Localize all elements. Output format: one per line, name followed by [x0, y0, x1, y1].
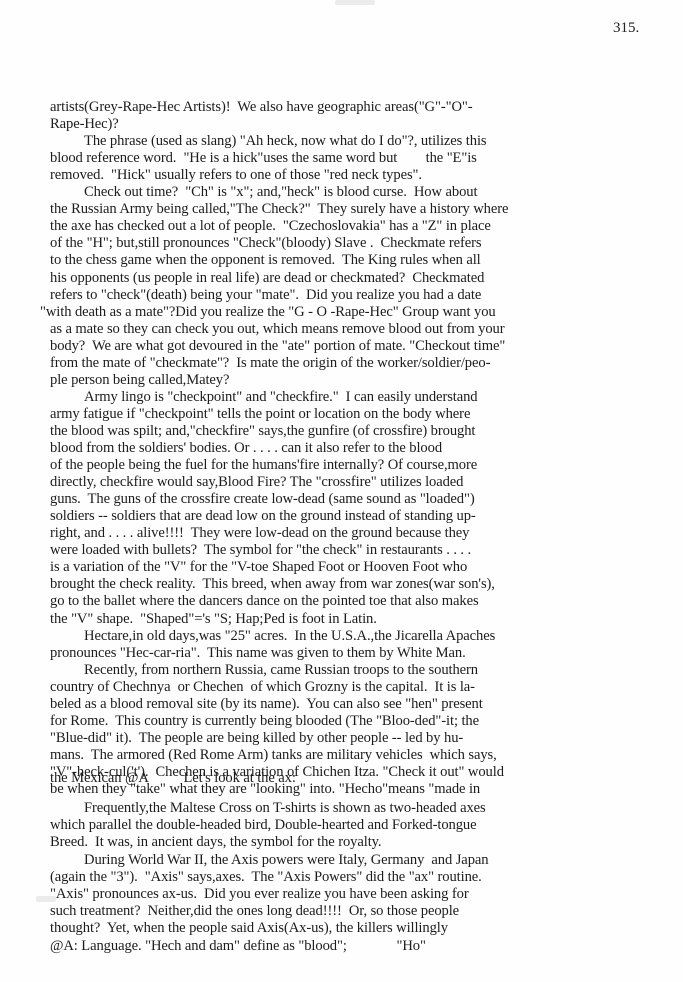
- text-line: @A: Language. "Hech and dam" define as "…: [50, 938, 426, 954]
- text-line: guns. The guns of the crossfire create l…: [50, 491, 475, 507]
- text-line: thought? Yet, when the people said Axis(…: [50, 920, 448, 936]
- text-line: (again the "3"). "Axis" says,axes. The "…: [50, 869, 482, 885]
- text-line: the Russian Army being called,"The Check…: [50, 201, 508, 217]
- text-line: the axe has checked out a lot of people.…: [50, 218, 491, 234]
- text-line: of the "H"; but,still pronounces "Check"…: [50, 235, 481, 251]
- text-line: country of Chechnya or Chechen of which …: [50, 679, 475, 695]
- text-line: directly, checkfire would say,Blood Fire…: [50, 474, 463, 490]
- text-line: During World War II, the Axis powers wer…: [84, 852, 488, 868]
- text-line: "Blue-did" it). The people are being kil…: [50, 730, 463, 746]
- page-number: 315.: [613, 20, 639, 37]
- text-line: blood from the soldiers' bodies. Or . . …: [50, 440, 442, 456]
- text-line: Breed. It was, in ancient days, the symb…: [50, 834, 381, 850]
- text-line: for Rome. This country is currently bein…: [50, 713, 479, 729]
- text-line: beled as a blood removal site (by its na…: [50, 696, 483, 712]
- text-line: the "V" shape. "Shaped"='s "S; Hap;Ped i…: [50, 611, 377, 627]
- text-line: Hectare,in old days,was "25" acres. In t…: [84, 628, 495, 644]
- text-line: body? We are what got devoured in the "a…: [50, 338, 505, 354]
- text-line: as a mate so they can check you out, whi…: [50, 321, 505, 337]
- text-line: artists(Grey-Rape-Hec Artists)! We also …: [50, 99, 473, 115]
- text-line: Frequently,the Maltese Cross on T-shirts…: [84, 800, 486, 816]
- text-line: pronounces "Hec-car-ria". This name was …: [50, 645, 466, 661]
- text-line: right, and . . . . alive!!!! They were l…: [50, 525, 469, 541]
- scanned-page: 315. artists(Grey-Rape-Hec Artists)! We …: [0, 0, 683, 982]
- text-line: the blood was spilt; and,"checkfire" say…: [50, 423, 475, 439]
- text-line: Check out time? "Ch" is "x"; and,"heck" …: [84, 184, 477, 200]
- text-line: The phrase (used as slang) "Ah heck, now…: [84, 133, 487, 149]
- text-line: refers to "check"(death) being your "mat…: [50, 287, 481, 303]
- text-line: blood reference word. "He is a hick"uses…: [50, 150, 477, 166]
- text-line: were loaded with bullets? The symbol for…: [50, 542, 471, 558]
- text-line: the Mexican @A Let's look at the ax:: [50, 770, 296, 786]
- text-line: which parallel the double-headed bird, D…: [50, 817, 477, 833]
- scan-artifact-bottom: [36, 896, 56, 902]
- text-line: such treatment? Neither,did the ones lon…: [50, 903, 459, 919]
- text-line: go to the ballet where the dancers dance…: [50, 593, 479, 609]
- text-line: brought the check reality. This breed, w…: [50, 576, 495, 592]
- text-line: ple person being called,Matey?: [50, 372, 229, 388]
- text-line: of the people being the fuel for the hum…: [50, 457, 477, 473]
- text-line: Recently, from northern Russia, came Rus…: [84, 662, 478, 678]
- text-line: Army lingo is "checkpoint" and "checkfir…: [84, 389, 478, 405]
- text-line: soldiers -- soldiers that are dead low o…: [50, 508, 476, 524]
- text-line: mans. The armored (Red Rome Arm) tanks a…: [50, 747, 497, 763]
- scan-artifact-top: [335, 0, 375, 5]
- text-line: is a variation of the "V" for the "V-toe…: [50, 559, 467, 575]
- text-line: Rape-Hec)?: [50, 116, 119, 132]
- text-line: his opponents (us people in real life) a…: [50, 270, 484, 286]
- text-line: army fatigue if "checkpoint" tells the p…: [50, 406, 470, 422]
- text-line: to the chess game when the opponent is r…: [50, 252, 481, 268]
- text-line: "Axis" pronounces ax-us. Did you ever re…: [50, 886, 469, 902]
- text-line: removed. "Hick" usually refers to one of…: [50, 167, 422, 183]
- text-line: from the mate of "checkmate"? Is mate th…: [50, 355, 490, 371]
- text-line: "with death as a mate"?Did you realize t…: [40, 304, 496, 320]
